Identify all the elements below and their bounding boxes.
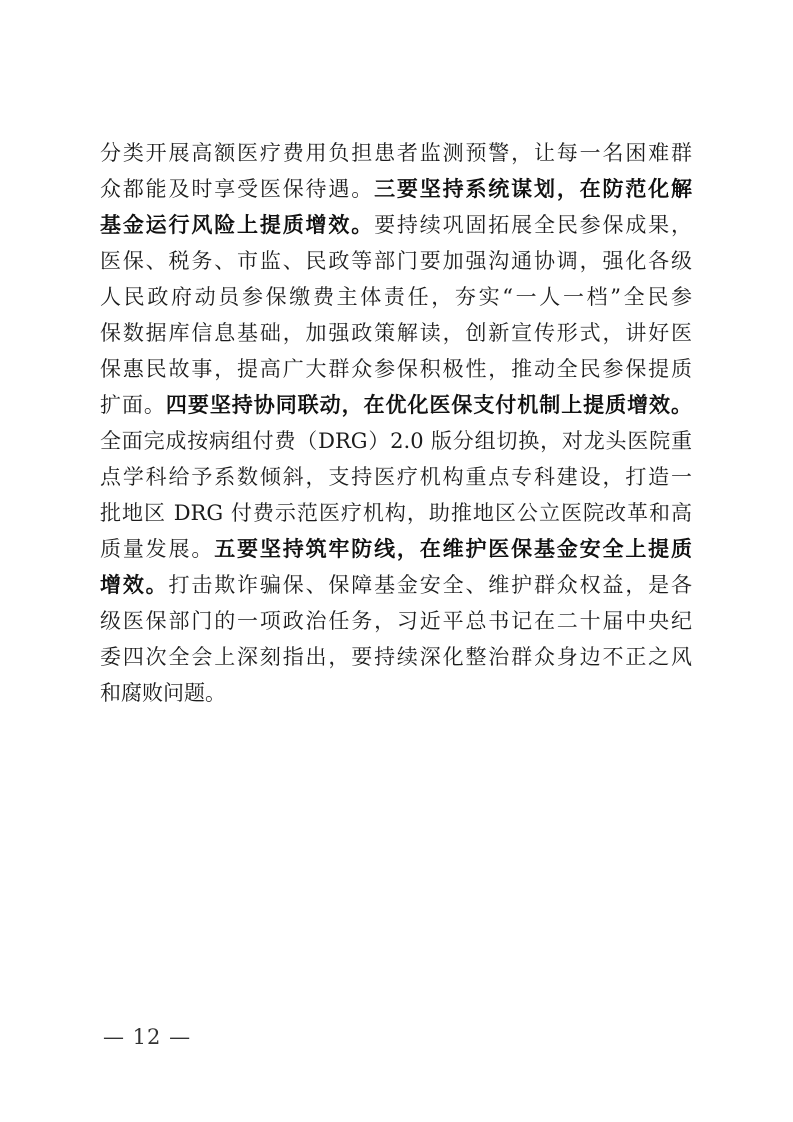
text-run: 人民政府动员参保缴费主体责任，夯实“一人一档”全民参 <box>100 285 692 309</box>
text-run: 批地区 DRG 付费示范医疗机构，助推地区公立医院改革和高 <box>100 501 692 525</box>
text-run: 医保、税务、市监、民政等部门要加强沟通协调，强化各级 <box>100 249 692 273</box>
text-run: 打击欺诈骗保、保障基金安全、维护群众权益，是各 <box>169 573 692 597</box>
text-run: 分类开展高额医疗费用负担患者监测预警，让每一名困难群 <box>100 141 692 165</box>
text-line: 医保、税务、市监、民政等部门要加强沟通协调，强化各级 <box>100 243 692 279</box>
text-run: 要持续巩固拓展全民参保成果， <box>374 213 692 237</box>
text-line: 委四次全会上深刻指出，要持续深化整治群众身边不正之风 <box>100 639 692 675</box>
emphasis-run: 四要坚持协同联动，在优化医保支付机制上提质增效。 <box>166 392 692 417</box>
text-line: 基金运行风险上提质增效。要持续巩固拓展全民参保成果， <box>100 207 692 243</box>
text-run: 点学科给予系数倾斜，支持医疗机构重点专科建设，打造一 <box>100 465 692 489</box>
text-line: 分类开展高额医疗费用负担患者监测预警，让每一名困难群 <box>100 135 692 171</box>
text-line: 级医保部门的一项政治任务，习近平总书记在二十届中央纪 <box>100 603 692 639</box>
text-line: 批地区 DRG 付费示范医疗机构，助推地区公立医院改革和高 <box>100 495 692 531</box>
emphasis-run: 三要坚持系统谋划，在防范化解 <box>374 176 692 201</box>
emphasis-run: 五要坚持筑牢防线，在维护医保基金安全上提质 <box>214 536 692 561</box>
text-line: 全面完成按病组付费（DRG）2.0 版分组切换，对龙头医院重 <box>100 423 692 459</box>
text-line: 和腐败问题。 <box>100 675 692 711</box>
page-number: — 12 — <box>103 1024 191 1050</box>
text-run: 扩面。 <box>100 393 166 417</box>
text-line: 人民政府动员参保缴费主体责任，夯实“一人一档”全民参 <box>100 279 692 315</box>
text-run: 众都能及时享受医保待遇。 <box>100 177 374 201</box>
text-line: 众都能及时享受医保待遇。三要坚持系统谋划，在防范化解 <box>100 171 692 207</box>
text-run: 委四次全会上深刻指出，要持续深化整治群众身边不正之风 <box>100 645 692 669</box>
text-line: 保数据库信息基础，加强政策解读，创新宣传形式，讲好医 <box>100 315 692 351</box>
text-line: 增效。打击欺诈骗保、保障基金安全、维护群众权益，是各 <box>100 567 692 603</box>
text-run: 和腐败问题。 <box>100 681 226 705</box>
emphasis-run: 基金运行风险上提质增效。 <box>100 212 374 237</box>
text-line: 点学科给予系数倾斜，支持医疗机构重点专科建设，打造一 <box>100 459 692 495</box>
document-page: 分类开展高额医疗费用负担患者监测预警，让每一名困难群 众都能及时享受医保待遇。三… <box>0 0 793 1122</box>
emphasis-run: 增效。 <box>100 572 169 597</box>
text-run: 全面完成按病组付费（DRG）2.0 版分组切换，对龙头医院重 <box>100 429 692 453</box>
text-run: 保数据库信息基础，加强政策解读，创新宣传形式，讲好医 <box>100 321 692 345</box>
text-run: 保惠民故事，提高广大群众参保积极性，推动全民参保提质 <box>100 357 692 381</box>
text-line: 保惠民故事，提高广大群众参保积极性，推动全民参保提质 <box>100 351 692 387</box>
text-run: 质量发展。 <box>100 537 214 561</box>
text-line: 质量发展。五要坚持筑牢防线，在维护医保基金安全上提质 <box>100 531 692 567</box>
document-body: 分类开展高额医疗费用负担患者监测预警，让每一名困难群 众都能及时享受医保待遇。三… <box>100 135 692 711</box>
text-line: 扩面。四要坚持协同联动，在优化医保支付机制上提质增效。 <box>100 387 692 423</box>
text-run: 级医保部门的一项政治任务，习近平总书记在二十届中央纪 <box>100 609 692 633</box>
